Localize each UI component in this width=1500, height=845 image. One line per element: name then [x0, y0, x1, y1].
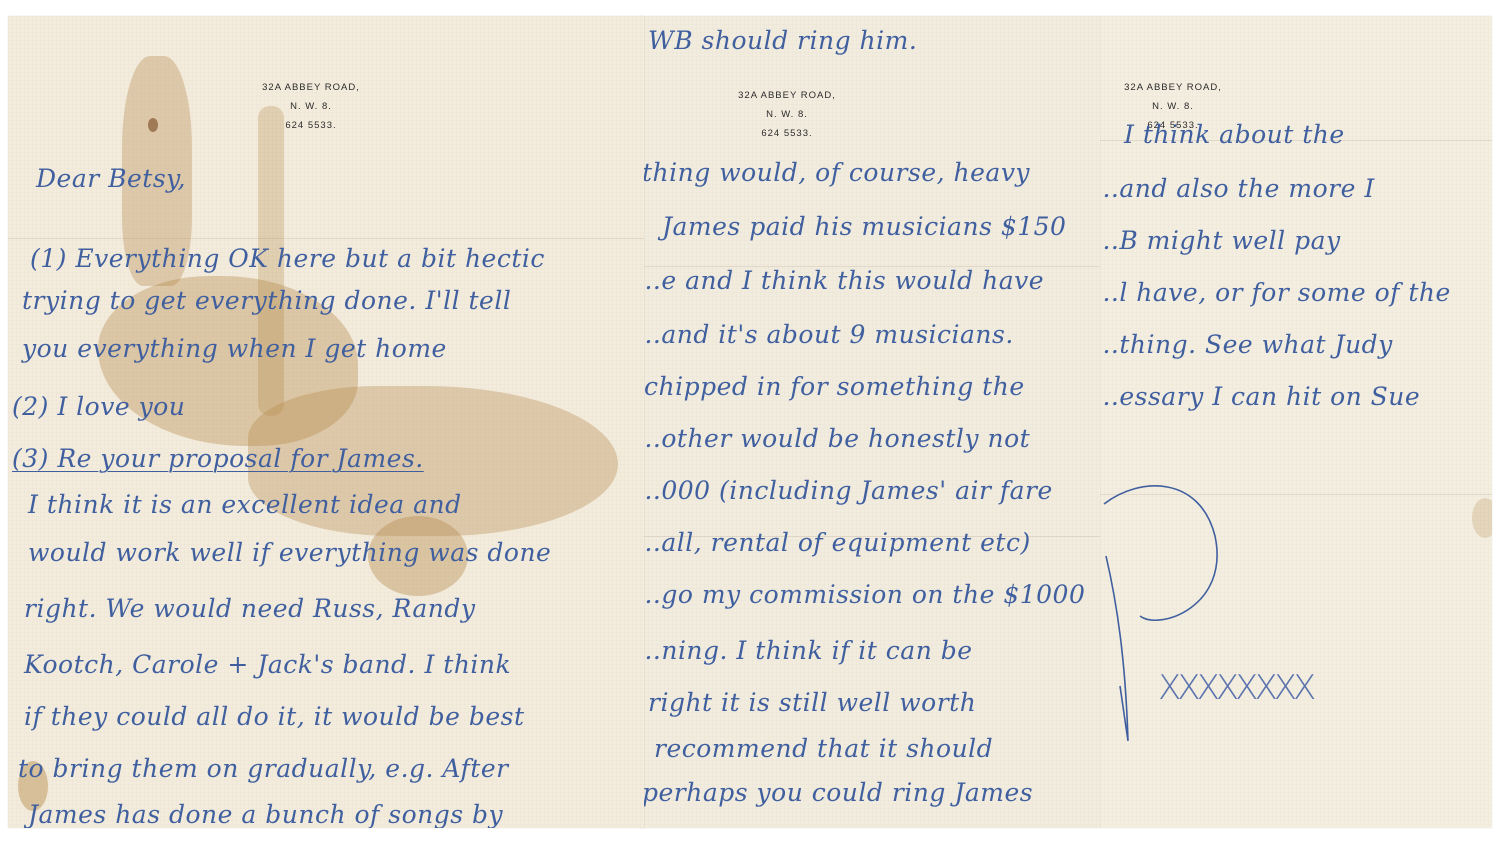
handwritten-line: right it is still well worth [648, 688, 976, 717]
letterhead-phone: 624 5533. [722, 124, 852, 143]
handwritten-line: I think about the [1124, 120, 1345, 149]
handwritten-line: if they could all do it, it would be bes… [24, 702, 525, 731]
handwritten-line: James has done a bunch of songs by [28, 800, 503, 828]
kisses: XXXXXXXX [1158, 668, 1312, 708]
handwritten-line: you everything when I get home [22, 334, 447, 363]
letter-sheet-middle: WB should ring him. 32A ABBEY ROAD, N. W… [640, 16, 1100, 828]
signature-p-icon [1100, 456, 1492, 756]
handwritten-line: (2) I love you [12, 392, 185, 421]
letterhead: 32A ABBEY ROAD, N. W. 8. 624 5533. [246, 78, 376, 135]
letterhead-address: 32A ABBEY ROAD, [722, 86, 852, 105]
handwritten-line: Kootch, Carole + Jack's band. I think [24, 650, 511, 679]
handwritten-line: ...ning. I think if it can be [640, 636, 973, 665]
handwritten-line: ...and also the more I [1100, 174, 1375, 203]
handwritten-line: James paid his musicians $150 [662, 212, 1066, 241]
handwritten-line: thing would, of course, heavy [642, 158, 1030, 187]
handwritten-line: ...and it's about 9 musicians. [640, 320, 1014, 349]
letterhead-address: 32A ABBEY ROAD, [1108, 78, 1238, 97]
handwritten-line: ...000 (including James' air fare [640, 476, 1053, 505]
handwritten-line: ...l have, or for some of the [1100, 278, 1451, 307]
fold-crease [8, 238, 644, 239]
handwritten-note: WB should ring him. [648, 26, 917, 55]
handwritten-line: ...thing. See what Judy [1100, 330, 1393, 359]
handwritten-line: ...other would be honestly not [640, 424, 1030, 453]
handwritten-line: ...e and I think this would have [640, 266, 1044, 295]
handwritten-line: (3) Re your proposal for James. [12, 444, 424, 473]
handwritten-line: recommend that it should [654, 734, 993, 763]
letterhead-phone: 624 5533. [246, 116, 376, 135]
handwritten-line: ...essary I can hit on Sue [1100, 382, 1420, 411]
letter-sheet-right: 32A ABBEY ROAD, N. W. 8. 624 5533. I thi… [1100, 16, 1492, 828]
handwritten-line: to bring them on gradually, e.g. After [18, 754, 509, 783]
letterhead-postcode: N. W. 8. [722, 105, 852, 124]
handwritten-line: ...B might well pay [1100, 226, 1341, 255]
handwritten-line: ...go my commission on the $1000 [640, 580, 1085, 609]
handwritten-line: would work well if everything was done [28, 538, 551, 567]
handwritten-line: right. We would need Russ, Randy [24, 594, 476, 623]
letterhead-address: 32A ABBEY ROAD, [246, 78, 376, 97]
letterhead-postcode: N. W. 8. [246, 97, 376, 116]
letterhead: 32A ABBEY ROAD, N. W. 8. 624 5533. [722, 86, 852, 143]
handwritten-line: I think it is an excellent idea and [28, 490, 462, 519]
salutation: Dear Betsy, [36, 164, 186, 193]
handwritten-line: ...all, rental of equipment etc) [640, 528, 1031, 557]
letter-sheet-left: 32A ABBEY ROAD, N. W. 8. 624 5533. Dear … [8, 16, 644, 828]
handwritten-line: chipped in for something the [644, 372, 1025, 401]
handwritten-line: perhaps you could ring James [642, 778, 1033, 807]
letterhead-postcode: N. W. 8. [1108, 97, 1238, 116]
handwritten-line: (1) Everything OK here but a bit hectic [30, 244, 545, 273]
handwritten-line: trying to get everything done. I'll tell [22, 286, 511, 315]
stain [148, 118, 158, 132]
